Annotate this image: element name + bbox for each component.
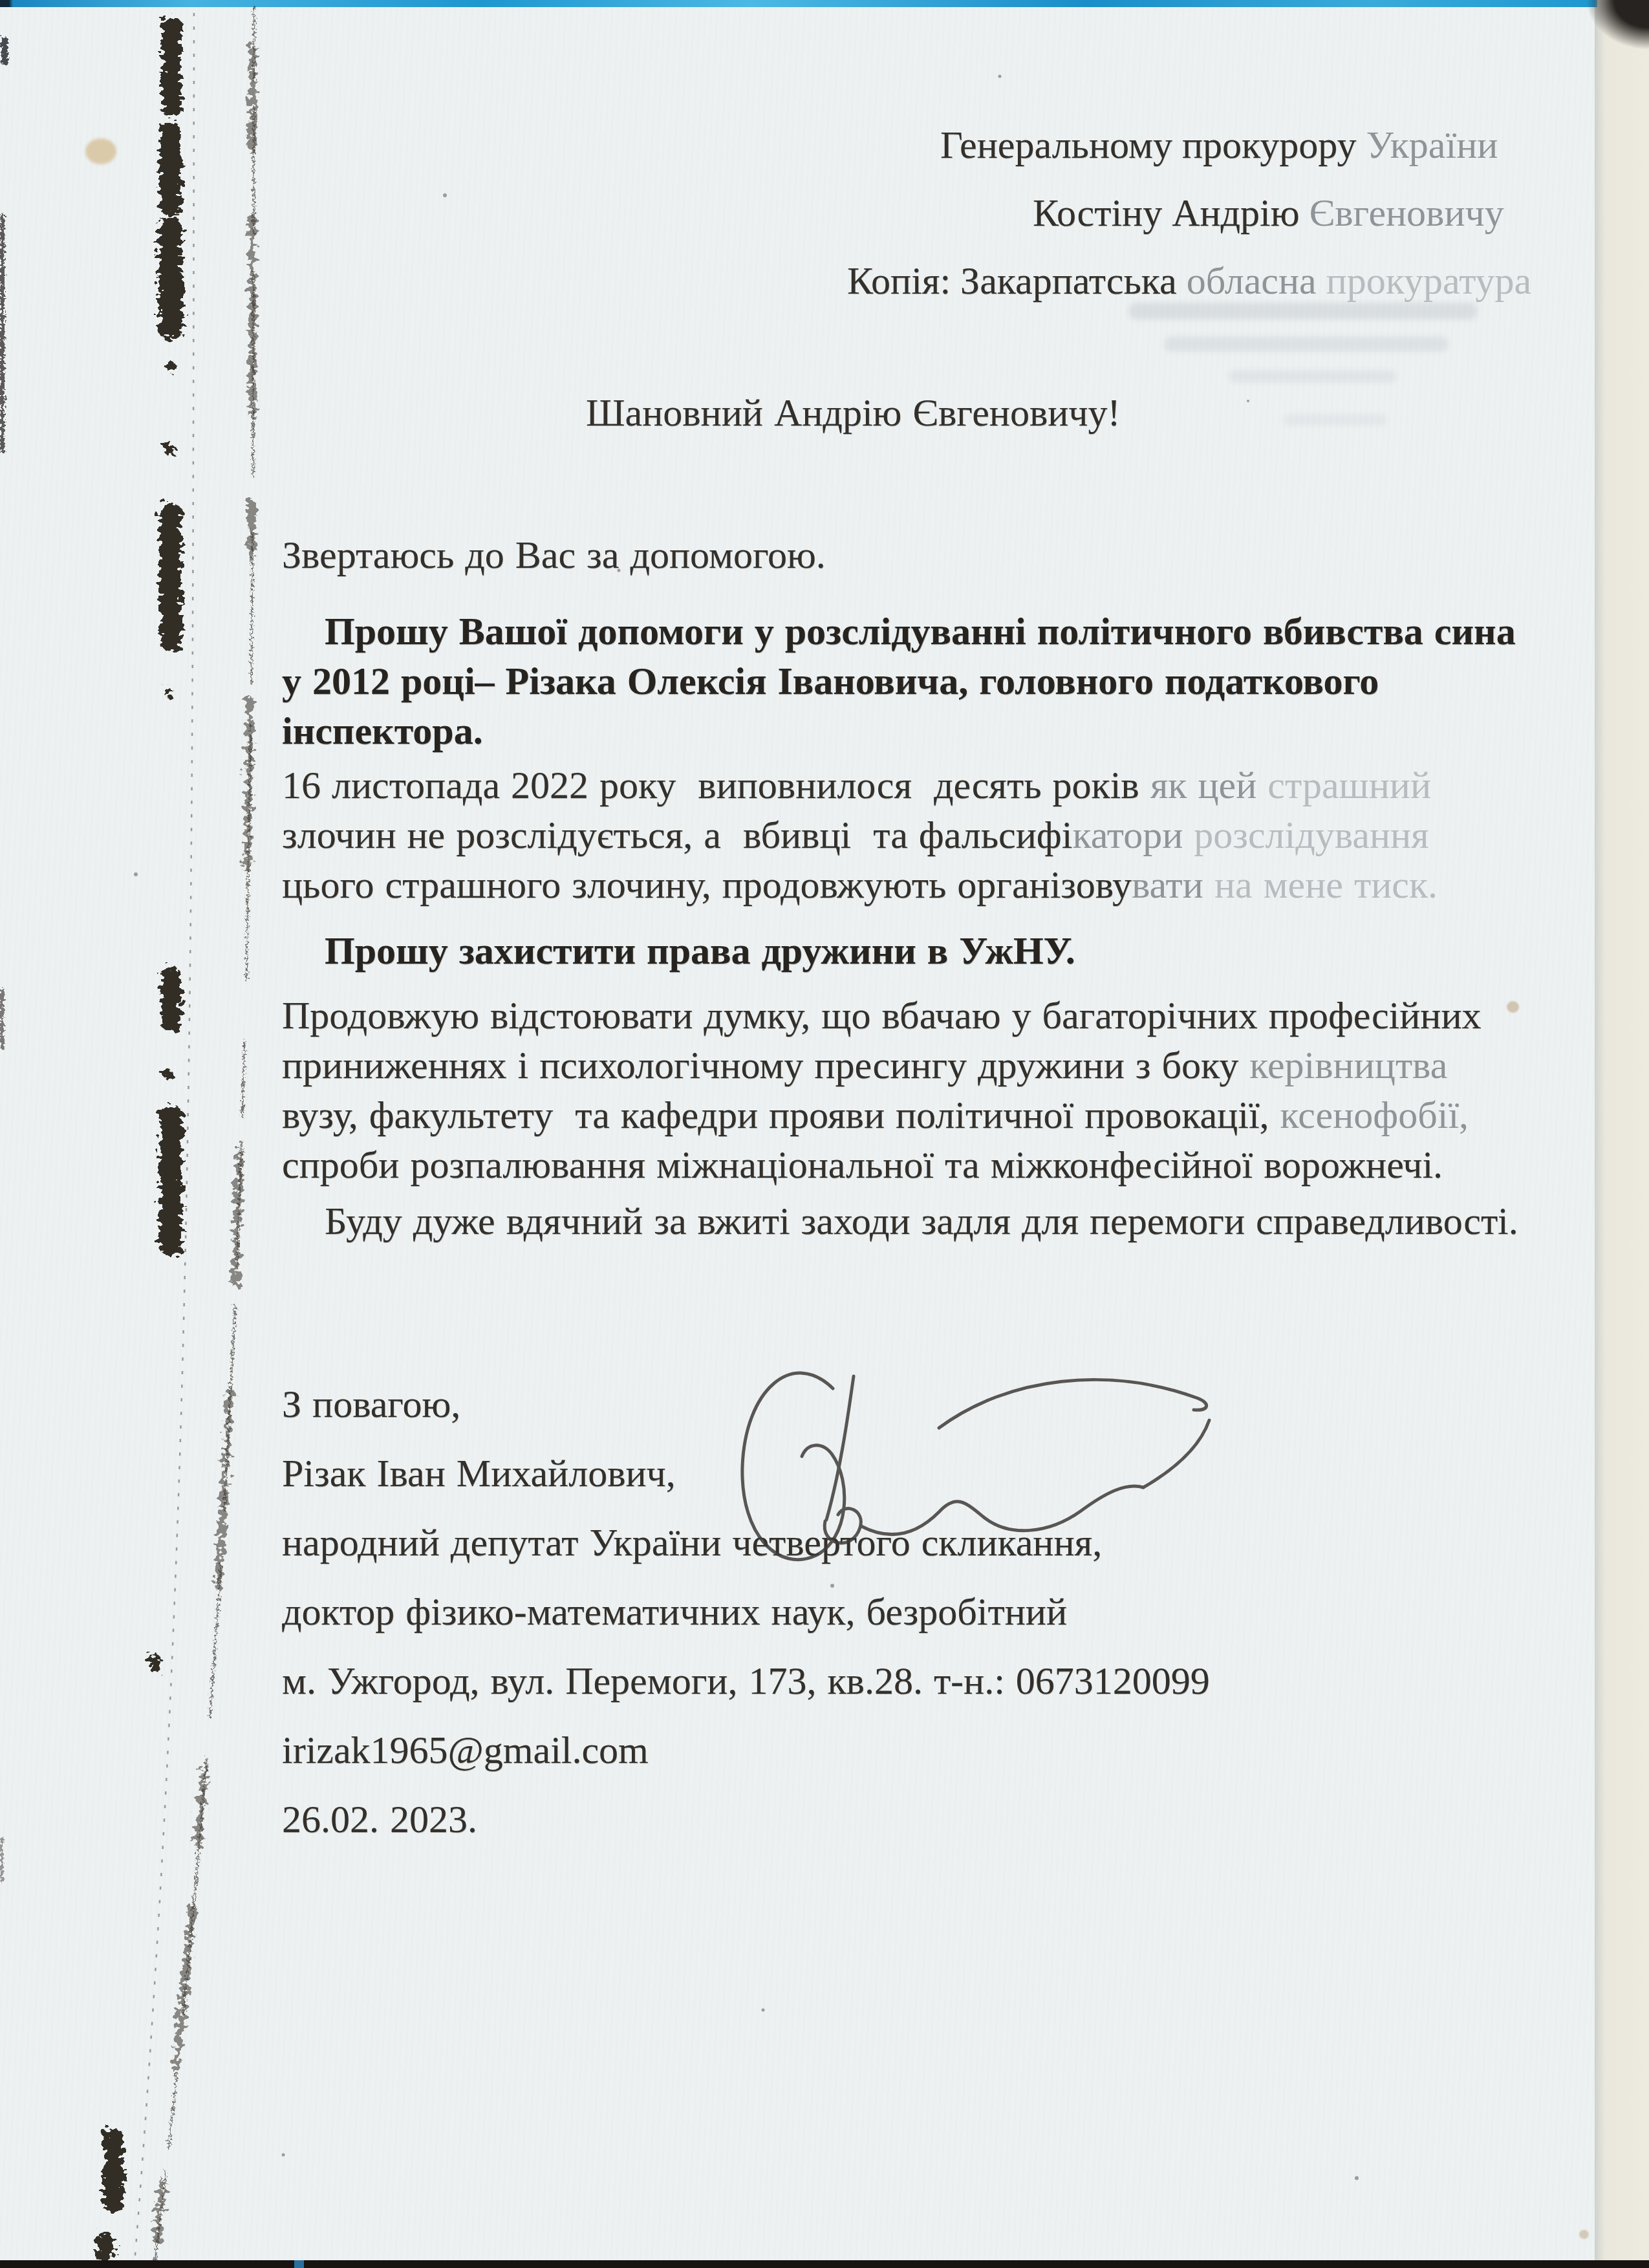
sender-role-1: народний депутат України четвертого скли… [282, 1508, 1210, 1577]
recipient-text: Генеральному прокурору [940, 124, 1366, 166]
paper-stain [85, 138, 116, 164]
scanned-letter-page: Генеральному прокурору України Костіну А… [0, 0, 1649, 2268]
binding-marks-band [97, 17, 182, 2263]
text-segment: цього страшного злочину, продовжують орг… [282, 863, 1132, 906]
text-line: вузу, факультету та кафедри прояви політ… [282, 1090, 1482, 1140]
paragraph-intro: Звертаюсь до Вас за допомогою. [282, 530, 826, 580]
text-line: Продовжую відстоювати думку, що вбачаю у… [282, 991, 1482, 1041]
letter-date: 26.02. 2023. [282, 1785, 1210, 1854]
recipient-line-2: Костіну Андрію Євгеновичу [1033, 188, 1504, 238]
scanner-corner-shadow [1577, 0, 1649, 53]
text-line: приниженнях і психологічному пресингу др… [282, 1041, 1482, 1090]
sender-role-2: доктор фізико-математичних наук, безробі… [282, 1577, 1210, 1647]
paragraph-crime-status: 16 листопада 2022 року виповнилося десят… [282, 761, 1438, 910]
text-segment-mid: катори [1072, 814, 1194, 856]
recipient-text: Костіну Андрію [1033, 191, 1309, 234]
paper-stain [1579, 2230, 1589, 2239]
sender-address: м. Ужгород, вул. Перемоги, 173, кв.28. т… [282, 1647, 1210, 1716]
paper-stain [1507, 1001, 1519, 1013]
text-segment: 16 листопада 2022 року виповнилося десят… [282, 764, 1150, 806]
copy-text-faded: прокуратура [1326, 259, 1532, 302]
fold-line-blotches [153, 5, 253, 2265]
text-segment-mid: ксенофобії, [1280, 1094, 1469, 1136]
ghost-print-smudge [1284, 414, 1387, 426]
binding-dotted-line [135, 13, 194, 2263]
text-segment-faded: розслідування [1194, 814, 1428, 856]
paragraph-request-rights: Прошу захистити права дружини в УжНУ. [282, 926, 1075, 976]
text-segment: приниженнях і психологічному пресингу др… [282, 1044, 1249, 1086]
closing-line: З повагою, [282, 1370, 1210, 1439]
copy-text: Копія: Закарпатська [847, 259, 1187, 302]
sender-name: Різак Іван Михайлович, [282, 1439, 1210, 1508]
page-edge-marks [0, 38, 8, 1882]
recipient-text-faded: Євгеновичу [1309, 191, 1504, 234]
text-segment-mid: як цей [1150, 764, 1268, 806]
text-segment-mid: вати [1132, 863, 1214, 906]
scanner-edge-strip-bottom [0, 2260, 1649, 2268]
copy-line: Копія: Закарпатська обласна прокуратура [847, 256, 1531, 306]
signature-block: З повагою, Різак Іван Михайлович, народн… [282, 1370, 1210, 1854]
ghost-print-smudge [1229, 370, 1397, 383]
fold-line-thin [155, 5, 254, 2265]
paragraph-thanks: Буду дуже вдячний за вжиті заходи задля … [282, 1196, 1518, 1246]
text-line: цього страшного злочину, продовжують орг… [282, 860, 1438, 910]
text-segment-mid: керівництва [1249, 1044, 1447, 1086]
copy-text-mid: обласна [1187, 259, 1326, 302]
salutation: Шановний Андрію Євгеновичу! [586, 388, 1120, 438]
text-line: 16 листопада 2022 року виповнилося десят… [282, 761, 1438, 810]
scanner-margin-right [1595, 0, 1649, 2268]
scanner-edge-strip-top [0, 0, 1597, 7]
text-segment: вузу, факультету та кафедри прояви політ… [282, 1094, 1280, 1136]
text-segment-faded: на мене тиск. [1214, 863, 1438, 906]
text-line: у 2012 році– Різака Олексія Івановича, г… [282, 656, 1516, 706]
text-segment-faded: страшний [1267, 764, 1431, 806]
text-line: інспектора. [282, 706, 1516, 756]
paragraph-wife: Продовжую відстоювати думку, що вбачаю у… [282, 991, 1482, 1190]
sender-email: irizak1965@gmail.com [282, 1716, 1210, 1785]
recipient-text-faded: України [1366, 124, 1498, 166]
text-line: спроби розпалювання міжнаціональної та м… [282, 1140, 1482, 1190]
ghost-print-smudge [1164, 336, 1449, 352]
text-line: злочин не розслідується, а вбивці та фал… [282, 810, 1438, 860]
text-line: Прошу Вашої допомоги у розслідуванні пол… [282, 607, 1516, 656]
text-segment: злочин не розслідується, а вбивці та фал… [282, 814, 1072, 856]
paragraph-request-investigation: Прошу Вашої допомоги у розслідуванні пол… [282, 607, 1516, 756]
recipient-line-1: Генеральному прокурору України [940, 120, 1498, 170]
